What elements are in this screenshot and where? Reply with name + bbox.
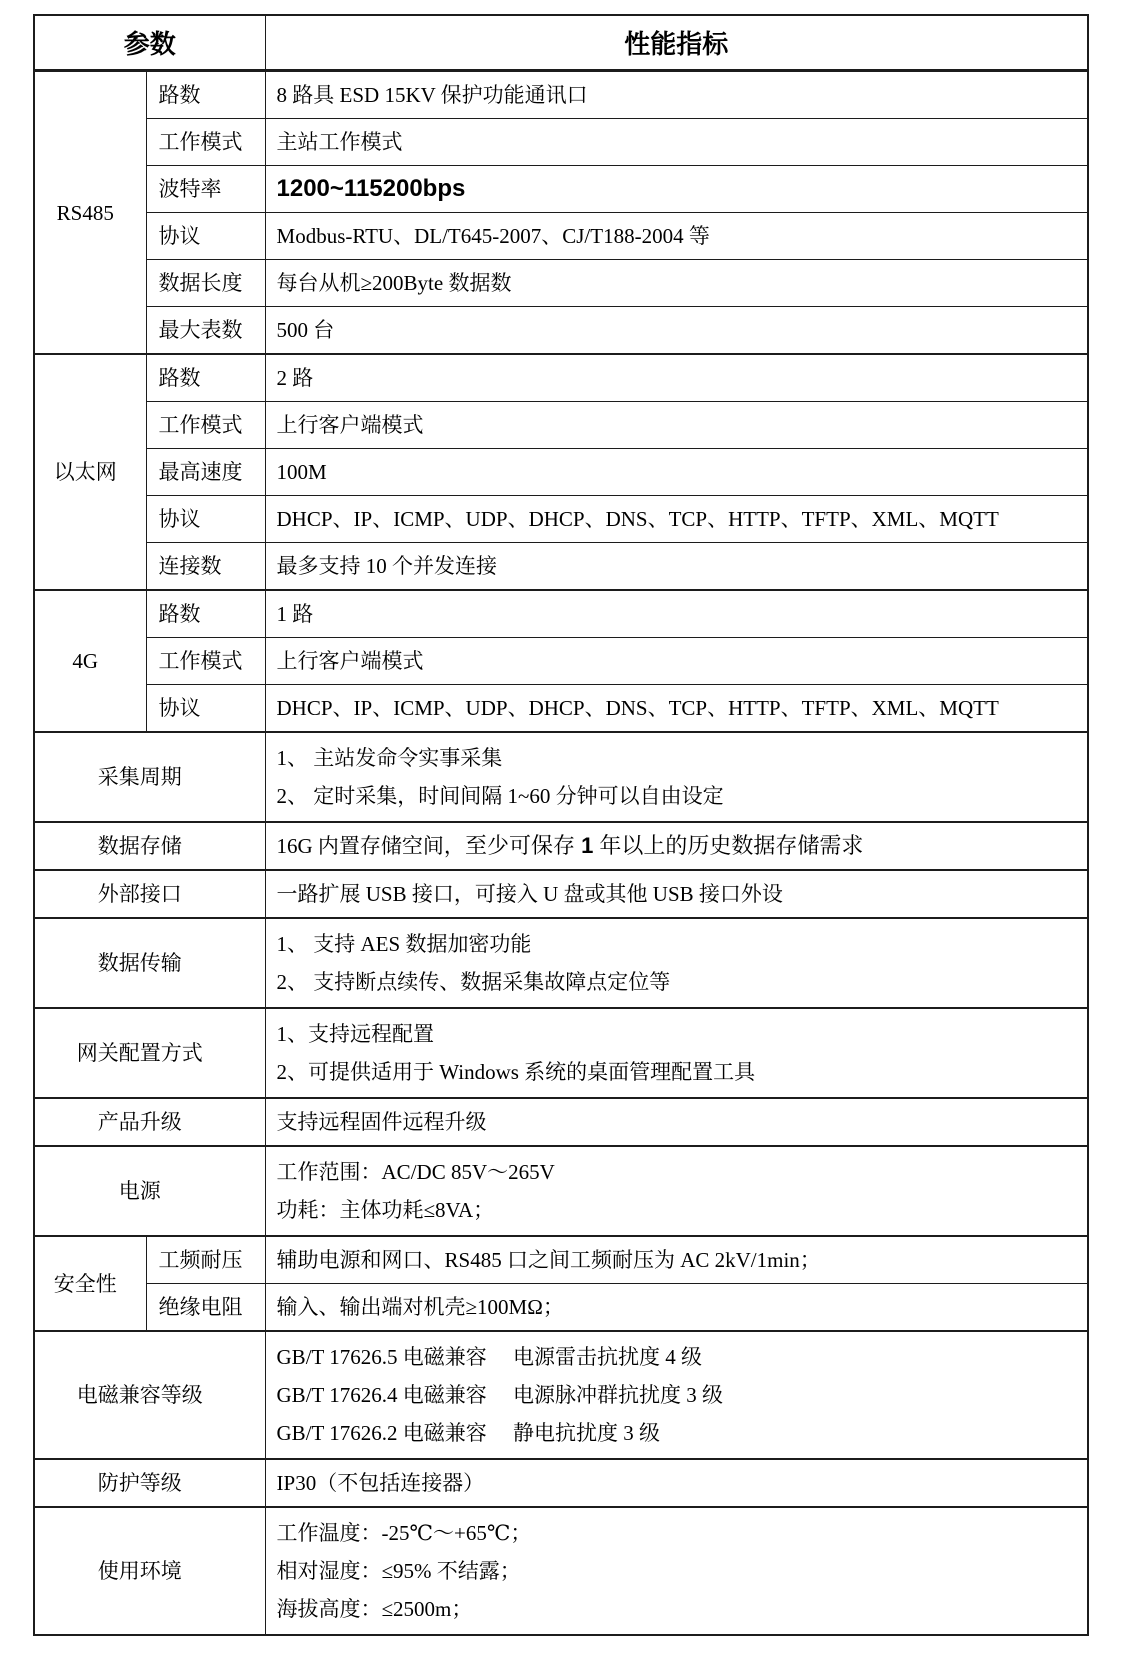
text-segment: GB/T 17626.4 电磁兼容 电源脉冲群抗扰度 3 级 <box>277 1383 723 1407</box>
param-cell-data-transmission: 数据传输 <box>34 918 265 1008</box>
value-cell-ethernet-3: DHCP、IP、ICMP、UDP、DHCP、DNS、TCP、HTTP、TFTP、… <box>265 496 1088 543</box>
value-cell-data-transmission: 1、 支持 AES 数据加密功能2、 支持断点续传、数据采集故障点定位等 <box>265 918 1088 1008</box>
value-line: 2、可提供适用于 Windows 系统的桌面管理配置工具 <box>277 1053 1073 1091</box>
spec-table: 参数 性能指标 RS485路数8 路具 ESD 15KV 保护功能通讯口工作模式… <box>33 14 1089 1636</box>
value-cell-rs485-5: 500 台 <box>265 307 1088 355</box>
spec-row: 协议Modbus-RTU、DL/T645-2007、CJ/T188-2004 等 <box>34 213 1088 260</box>
param-cell-4g-1: 工作模式 <box>146 638 265 685</box>
text-segment: 1200~115200bps <box>277 175 466 202</box>
spec-row: 工作模式主站工作模式 <box>34 119 1088 166</box>
spec-row: RS485路数8 路具 ESD 15KV 保护功能通讯口 <box>34 71 1088 119</box>
text-segment: 16G 内置存储空间， <box>277 834 465 858</box>
text-segment: 工作范围：AC/DC 85V～265V <box>277 1160 555 1184</box>
spec-row: 电磁兼容等级GB/T 17626.5 电磁兼容 电源雷击抗扰度 4 级GB/T … <box>34 1331 1088 1459</box>
text-segment: 2 路 <box>277 366 314 390</box>
spec-row: 以太网路数2 路 <box>34 354 1088 402</box>
param-cell-rs485-0: 路数 <box>146 71 265 119</box>
value-line: GB/T 17626.5 电磁兼容 电源雷击抗扰度 4 级 <box>277 1338 1073 1376</box>
text-segment: DHCP、IP、ICMP、UDP、DHCP、DNS、TCP、HTTP、TFTP、… <box>277 696 999 720</box>
text-segment: 至少可保存 <box>465 833 581 858</box>
text-segment: 一路扩展 USB 接口，可接入 U 盘或其他 USB 接口外设 <box>277 882 783 906</box>
text-segment: GB/T 17626.5 电磁兼容 电源雷击抗扰度 4 级 <box>277 1345 702 1369</box>
spec-row: 数据存储16G 内置存储空间，至少可保存 1 年以上的历史数据存储需求 <box>34 822 1088 870</box>
text-segment: 年以上的历史数据存储需求 <box>593 833 863 858</box>
value-line: GB/T 17626.4 电磁兼容 电源脉冲群抗扰度 3 级 <box>277 1376 1073 1414</box>
value-cell-power: 工作范围：AC/DC 85V～265V功耗：主体功耗≤8VA； <box>265 1146 1088 1236</box>
spec-row: 最大表数500 台 <box>34 307 1088 355</box>
param-cell-4g-2: 协议 <box>146 685 265 733</box>
value-line: 海拔高度：≤2500m； <box>277 1590 1073 1628</box>
value-line: DHCP、IP、ICMP、UDP、DHCP、DNS、TCP、HTTP、TFTP、… <box>277 696 1073 720</box>
value-line: 一路扩展 USB 接口，可接入 U 盘或其他 USB 接口外设 <box>277 882 1073 906</box>
spec-row: 协议DHCP、IP、ICMP、UDP、DHCP、DNS、TCP、HTTP、TFT… <box>34 685 1088 733</box>
value-line: 1、 支持 AES 数据加密功能 <box>277 925 1073 963</box>
param-cell-data-storage: 数据存储 <box>34 822 265 870</box>
group-cell-4g: 4G <box>34 590 146 732</box>
param-cell-protection-level: 防护等级 <box>34 1459 265 1507</box>
param-cell-rs485-4: 数据长度 <box>146 260 265 307</box>
text-segment: 主站工作模式 <box>277 130 403 154</box>
spec-row: 工作模式上行客户端模式 <box>34 402 1088 449</box>
value-line: IP30（不包括连接器） <box>277 1471 1073 1495</box>
value-line: 输入、输出端对机壳≥100MΩ； <box>277 1295 1073 1319</box>
group-cell-ethernet: 以太网 <box>34 354 146 590</box>
spec-row: 绝缘电阻输入、输出端对机壳≥100MΩ； <box>34 1284 1088 1332</box>
value-cell-ethernet-1: 上行客户端模式 <box>265 402 1088 449</box>
text-segment: 最多支持 10 个并发连接 <box>277 554 498 578</box>
text-segment: 相对湿度：≤95% 不结露； <box>277 1559 521 1583</box>
text-segment: 功耗：主体功耗≤8VA； <box>277 1198 495 1222</box>
spec-row: 数据长度每台从机≥200Byte 数据数 <box>34 260 1088 307</box>
text-segment: 1、 主站发命令实事采集 <box>277 746 503 770</box>
header-param-column: 参数 <box>34 15 265 71</box>
value-line: 1 路 <box>277 602 1073 626</box>
value-line: 2 路 <box>277 366 1073 390</box>
page: 参数 性能指标 RS485路数8 路具 ESD 15KV 保护功能通讯口工作模式… <box>0 0 1124 1666</box>
text-segment: IP30（不包括连接器） <box>277 1471 485 1495</box>
value-cell-4g-1: 上行客户端模式 <box>265 638 1088 685</box>
param-cell-collection-cycle: 采集周期 <box>34 732 265 822</box>
value-line: 1、 主站发命令实事采集 <box>277 739 1073 777</box>
param-cell-rs485-5: 最大表数 <box>146 307 265 355</box>
value-cell-external-interface: 一路扩展 USB 接口，可接入 U 盘或其他 USB 接口外设 <box>265 870 1088 918</box>
group-cell-security: 安全性 <box>34 1236 146 1331</box>
value-cell-rs485-4: 每台从机≥200Byte 数据数 <box>265 260 1088 307</box>
text-segment: 1 路 <box>277 602 314 626</box>
param-cell-gateway-config: 网关配置方式 <box>34 1008 265 1098</box>
param-cell-external-interface: 外部接口 <box>34 870 265 918</box>
param-cell-ethernet-4: 连接数 <box>146 543 265 591</box>
text-segment: DHCP、IP、ICMP、UDP、DHCP、DNS、TCP、HTTP、TFTP、… <box>277 507 999 531</box>
param-cell-environment: 使用环境 <box>34 1507 265 1635</box>
param-cell-ethernet-2: 最高速度 <box>146 449 265 496</box>
spec-row: 工作模式上行客户端模式 <box>34 638 1088 685</box>
value-cell-environment: 工作温度：-25℃～+65℃；相对湿度：≤95% 不结露；海拔高度：≤2500m… <box>265 1507 1088 1635</box>
value-line: 主站工作模式 <box>277 130 1073 154</box>
text-segment: 辅助电源和网口、RS485 口之间工频耐压为 AC 2kV/1min； <box>277 1248 821 1272</box>
spec-row: 防护等级IP30（不包括连接器） <box>34 1459 1088 1507</box>
text-segment: 500 台 <box>277 318 335 342</box>
text-segment: 100M <box>277 460 327 484</box>
value-line: 最多支持 10 个并发连接 <box>277 554 1073 578</box>
value-cell-rs485-0: 8 路具 ESD 15KV 保护功能通讯口 <box>265 71 1088 119</box>
value-line: 工作温度：-25℃～+65℃； <box>277 1514 1073 1552</box>
value-line: 500 台 <box>277 318 1073 342</box>
value-line: 1、支持远程配置 <box>277 1015 1073 1053</box>
spec-row: 最高速度100M <box>34 449 1088 496</box>
value-line: 8 路具 ESD 15KV 保护功能通讯口 <box>277 83 1073 107</box>
text-segment: GB/T 17626.2 电磁兼容 静电抗扰度 3 级 <box>277 1421 660 1445</box>
spec-row: 数据传输1、 支持 AES 数据加密功能2、 支持断点续传、数据采集故障点定位等 <box>34 918 1088 1008</box>
param-cell-security-1: 绝缘电阻 <box>146 1284 265 1332</box>
value-line: GB/T 17626.2 电磁兼容 静电抗扰度 3 级 <box>277 1414 1073 1452</box>
group-cell-rs485: RS485 <box>34 71 146 355</box>
value-line: 功耗：主体功耗≤8VA； <box>277 1191 1073 1229</box>
value-line: 100M <box>277 460 1073 484</box>
value-cell-ethernet-2: 100M <box>265 449 1088 496</box>
text-segment: 工作温度：-25℃～+65℃； <box>277 1521 532 1545</box>
param-cell-rs485-3: 协议 <box>146 213 265 260</box>
value-line: Modbus-RTU、DL/T645-2007、CJ/T188-2004 等 <box>277 224 1073 248</box>
value-cell-ethernet-4: 最多支持 10 个并发连接 <box>265 543 1088 591</box>
text-segment: 2、 定时采集，时间间隔 1~60 分钟可以自由设定 <box>277 784 724 808</box>
value-line: 每台从机≥200Byte 数据数 <box>277 271 1073 295</box>
spec-row: 协议DHCP、IP、ICMP、UDP、DHCP、DNS、TCP、HTTP、TFT… <box>34 496 1088 543</box>
header-value-column: 性能指标 <box>265 15 1088 71</box>
text-segment: 上行客户端模式 <box>277 649 424 673</box>
text-segment: 每台从机≥200Byte 数据数 <box>277 271 512 295</box>
value-line: 工作范围：AC/DC 85V～265V <box>277 1153 1073 1191</box>
text-segment: Modbus-RTU、DL/T645-2007、CJ/T188-2004 等 <box>277 224 710 248</box>
value-cell-protection-level: IP30（不包括连接器） <box>265 1459 1088 1507</box>
value-line: 支持远程固件远程升级 <box>277 1110 1073 1134</box>
header-row: 参数 性能指标 <box>34 15 1088 71</box>
value-line: 1200~115200bps <box>277 177 1073 201</box>
value-cell-ethernet-0: 2 路 <box>265 354 1088 402</box>
text-segment: 8 路具 ESD 15KV 保护功能通讯口 <box>277 83 588 107</box>
text-segment: 2、 支持断点续传、数据采集故障点定位等 <box>277 970 671 994</box>
value-line: 辅助电源和网口、RS485 口之间工频耐压为 AC 2kV/1min； <box>277 1248 1073 1272</box>
value-cell-4g-2: DHCP、IP、ICMP、UDP、DHCP、DNS、TCP、HTTP、TFTP、… <box>265 685 1088 733</box>
spec-table-body: RS485路数8 路具 ESD 15KV 保护功能通讯口工作模式主站工作模式波特… <box>34 71 1088 1636</box>
text-segment: 2、可提供适用于 Windows 系统的桌面管理配置工具 <box>277 1060 756 1084</box>
value-line: 16G 内置存储空间，至少可保存 1 年以上的历史数据存储需求 <box>277 834 1073 858</box>
spec-row: 采集周期1、 主站发命令实事采集2、 定时采集，时间间隔 1~60 分钟可以自由… <box>34 732 1088 822</box>
text-segment: 1 <box>581 833 593 858</box>
value-line: 上行客户端模式 <box>277 413 1073 437</box>
value-cell-rs485-2: 1200~115200bps <box>265 166 1088 213</box>
spec-row: 电源工作范围：AC/DC 85V～265V功耗：主体功耗≤8VA； <box>34 1146 1088 1236</box>
param-cell-rs485-2: 波特率 <box>146 166 265 213</box>
value-line: 2、 定时采集，时间间隔 1~60 分钟可以自由设定 <box>277 777 1073 815</box>
param-cell-ethernet-1: 工作模式 <box>146 402 265 449</box>
value-cell-rs485-1: 主站工作模式 <box>265 119 1088 166</box>
value-cell-security-1: 输入、输出端对机壳≥100MΩ； <box>265 1284 1088 1332</box>
value-cell-collection-cycle: 1、 主站发命令实事采集2、 定时采集，时间间隔 1~60 分钟可以自由设定 <box>265 732 1088 822</box>
spec-row: 安全性工频耐压辅助电源和网口、RS485 口之间工频耐压为 AC 2kV/1mi… <box>34 1236 1088 1284</box>
param-cell-ethernet-0: 路数 <box>146 354 265 402</box>
param-cell-4g-0: 路数 <box>146 590 265 638</box>
value-cell-product-upgrade: 支持远程固件远程升级 <box>265 1098 1088 1146</box>
param-cell-rs485-1: 工作模式 <box>146 119 265 166</box>
value-cell-security-0: 辅助电源和网口、RS485 口之间工频耐压为 AC 2kV/1min； <box>265 1236 1088 1284</box>
spec-row: 4G路数1 路 <box>34 590 1088 638</box>
text-segment: 输入、输出端对机壳≥100MΩ； <box>277 1295 564 1319</box>
spec-row: 使用环境工作温度：-25℃～+65℃；相对湿度：≤95% 不结露；海拔高度：≤2… <box>34 1507 1088 1635</box>
value-line: 相对湿度：≤95% 不结露； <box>277 1552 1073 1590</box>
param-cell-ethernet-3: 协议 <box>146 496 265 543</box>
value-line: DHCP、IP、ICMP、UDP、DHCP、DNS、TCP、HTTP、TFTP、… <box>277 507 1073 531</box>
spec-table-header: 参数 性能指标 <box>34 15 1088 71</box>
value-line: 2、 支持断点续传、数据采集故障点定位等 <box>277 963 1073 1001</box>
spec-row: 外部接口一路扩展 USB 接口，可接入 U 盘或其他 USB 接口外设 <box>34 870 1088 918</box>
param-cell-product-upgrade: 产品升级 <box>34 1098 265 1146</box>
value-cell-emc-level: GB/T 17626.5 电磁兼容 电源雷击抗扰度 4 级GB/T 17626.… <box>265 1331 1088 1459</box>
param-cell-security-0: 工频耐压 <box>146 1236 265 1284</box>
spec-row: 波特率1200~115200bps <box>34 166 1088 213</box>
text-segment: 1、支持远程配置 <box>277 1022 435 1046</box>
text-segment: 海拔高度：≤2500m； <box>277 1597 473 1621</box>
param-cell-emc-level: 电磁兼容等级 <box>34 1331 265 1459</box>
spec-row: 产品升级支持远程固件远程升级 <box>34 1098 1088 1146</box>
value-cell-data-storage: 16G 内置存储空间，至少可保存 1 年以上的历史数据存储需求 <box>265 822 1088 870</box>
value-line: 上行客户端模式 <box>277 649 1073 673</box>
text-segment: 支持远程固件远程升级 <box>277 1110 487 1134</box>
text-segment: 1、 支持 AES 数据加密功能 <box>277 932 532 956</box>
value-cell-gateway-config: 1、支持远程配置2、可提供适用于 Windows 系统的桌面管理配置工具 <box>265 1008 1088 1098</box>
spec-row: 连接数最多支持 10 个并发连接 <box>34 543 1088 591</box>
value-cell-4g-0: 1 路 <box>265 590 1088 638</box>
text-segment: 上行客户端模式 <box>277 413 424 437</box>
value-cell-rs485-3: Modbus-RTU、DL/T645-2007、CJ/T188-2004 等 <box>265 213 1088 260</box>
param-cell-power: 电源 <box>34 1146 265 1236</box>
spec-row: 网关配置方式1、支持远程配置2、可提供适用于 Windows 系统的桌面管理配置… <box>34 1008 1088 1098</box>
